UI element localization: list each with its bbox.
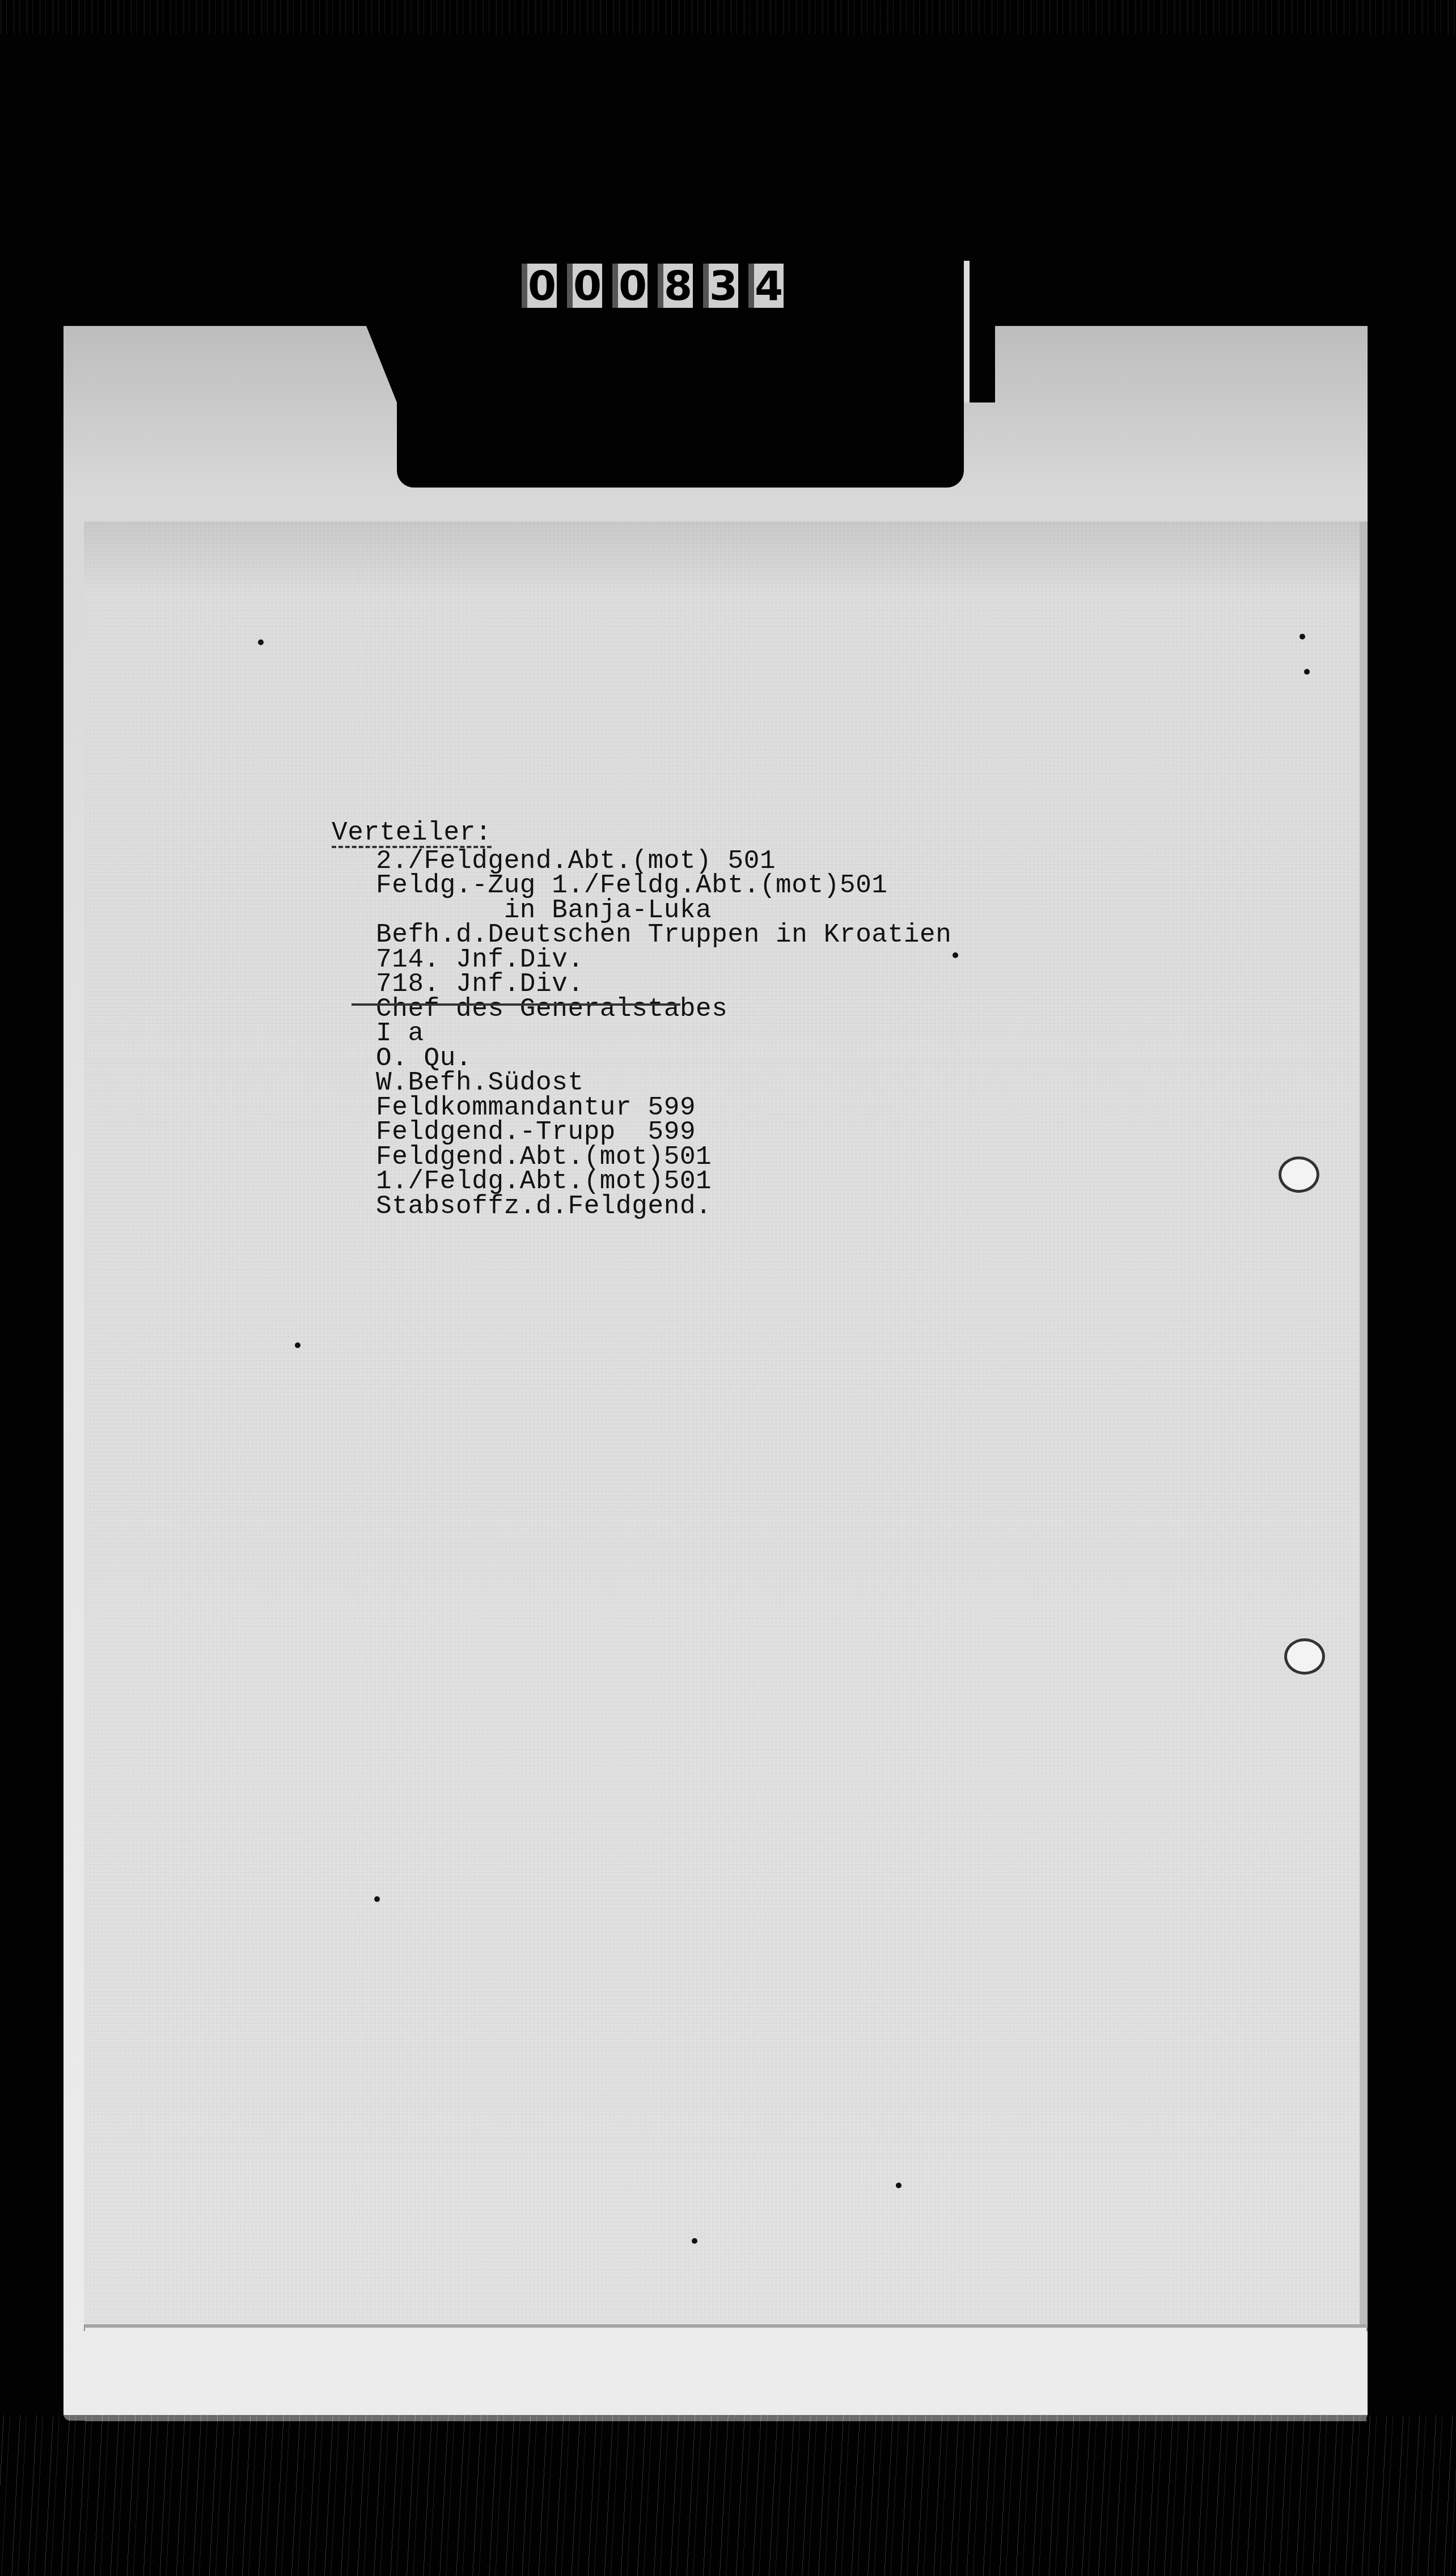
counter-digit: 8 — [658, 264, 693, 308]
distribution-line: in Banja-Luka — [376, 899, 951, 923]
speck — [1304, 669, 1310, 675]
distribution-line: Chef des Generalstabes — [376, 997, 951, 1022]
frame-counter: 0 0 0 8 3 4 — [522, 264, 784, 308]
handwritten-underline — [352, 1003, 680, 1006]
speck — [896, 2183, 901, 2188]
distribution-line: 1./Feldg.Abt.(mot)501 — [376, 1170, 951, 1194]
distribution-line: O. Qu. — [376, 1046, 951, 1071]
distribution-line: I a — [376, 1022, 951, 1046]
distribution-line: Feldg.-Zug 1./Feldg.Abt.(mot)501 — [376, 874, 951, 899]
distribution-line: 718. Jnf.Div. — [376, 972, 951, 997]
clip-bar — [964, 261, 970, 402]
film-scratches-top — [0, 0, 1456, 34]
distribution-line: Befh.d.Deutschen Truppen in Kroatien — [376, 923, 951, 948]
distribution-list: Verteiler: 2./Feldgend.Abt.(mot) 501 Fel… — [332, 821, 951, 1219]
counter-digit: 0 — [612, 264, 647, 308]
speck — [258, 639, 264, 645]
distribution-line: 714. Jnf.Div. — [376, 948, 951, 973]
folder-bottom-flap — [85, 2324, 1366, 2421]
document-sheet — [84, 522, 1368, 2328]
counter-digit: 3 — [703, 264, 738, 308]
distribution-line: Feldgend.Abt.(mot)501 — [376, 1145, 951, 1170]
folder-cutout — [397, 317, 964, 488]
counter-digit: 4 — [748, 264, 784, 308]
counter-digit: 0 — [522, 264, 557, 308]
counter-digit: 0 — [567, 264, 602, 308]
distribution-line: Feldgend.-Trupp 599 — [376, 1120, 951, 1145]
speck — [374, 1896, 380, 1902]
punch-hole — [1279, 1156, 1319, 1193]
punch-hole — [1284, 1638, 1325, 1675]
distribution-line: Feldkommandantur 599 — [376, 1096, 951, 1121]
distribution-line: 2./Feldgend.Abt.(mot) 501 — [376, 849, 951, 874]
distribution-line: Stabsoffz.d.Feldgend. — [376, 1194, 951, 1219]
speck — [953, 952, 958, 958]
distribution-heading: Verteiler: — [332, 821, 492, 848]
speck — [295, 1342, 300, 1348]
speck — [1300, 634, 1305, 639]
speck — [692, 2238, 697, 2244]
distribution-line: W.Befh.Südost — [376, 1071, 951, 1096]
film-scratches-bottom — [0, 2415, 1456, 2576]
